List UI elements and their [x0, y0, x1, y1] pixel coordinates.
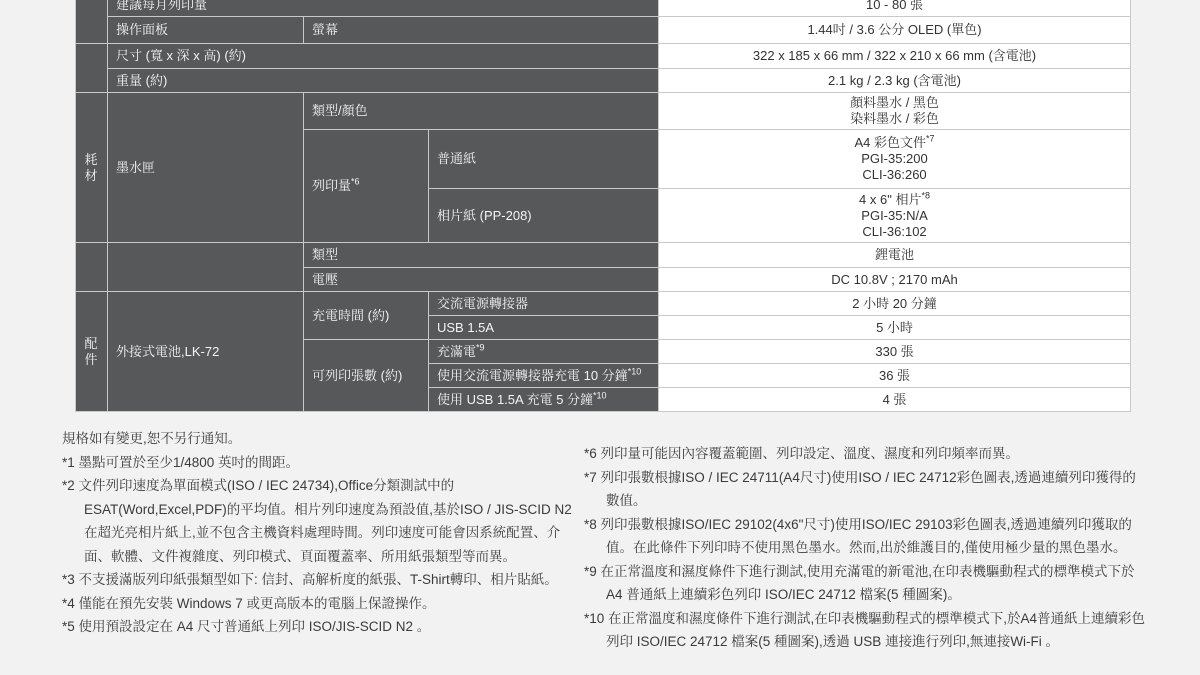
row-operation-panel: 操作面板 螢幕 1.44吋 / 3.6 公分 OLED (單色) [76, 17, 1131, 44]
footnote-ref-10b: *10 [593, 390, 607, 400]
group-label-consumables: 耗材 [76, 93, 108, 243]
photo-paper-size-line: 4 x 6" 相片*8 [667, 192, 1122, 208]
row-charge-time-ac: 配件 外接式電池,LK-72 充電時間 (約) 交流電源轉接器 2 小時 20 … [76, 292, 1131, 316]
label-ink-type-color: 類型/顏色 [304, 93, 659, 130]
label-external-battery: 外接式電池,LK-72 [108, 292, 304, 412]
group-label-accessories: 配件 [76, 292, 108, 412]
footnotes-right-column: *6 列印量可能因內容覆蓋範圍、列印設定、溫度、濕度和列印頻率而異。 *7 列印… [584, 442, 1146, 654]
printer-spec-table: 建議每月列印量 10 - 80 張 操作面板 螢幕 1.44吋 / 3.6 公分… [75, 0, 1131, 412]
label-dimensions: 尺寸 (寬 x 深 x 高) (約) [108, 44, 659, 69]
footnote-6: *6 列印量可能因內容覆蓋範圍、列印設定、溫度、濕度和列印頻率而異。 [584, 442, 1146, 466]
label-photo-paper: 相片紙 (PP-208) [429, 189, 659, 243]
label-battery-type: 類型 [304, 243, 659, 268]
label-usb-5min: 使用 USB 1.5A 充電 5 分鐘*10 [429, 388, 659, 412]
value-monthly-print-volume: 10 - 80 張 [659, 0, 1131, 17]
footnote-ref-8: *8 [921, 190, 930, 200]
row-ink-type-color: 耗材 墨水匣 類型/顏色 顏料墨水 / 黑色 染料墨水 / 彩色 [76, 93, 1131, 130]
label-printable-sheets: 可列印張數 (約) [304, 340, 429, 412]
value-full-charge: 330 張 [659, 340, 1131, 364]
footnote-4: *4 僅能在預先安裝 Windows 7 或更高版本的電腦上保證操作。 [62, 592, 583, 616]
label-ac-10min: 使用交流電源轉接器充電 10 分鐘*10 [429, 364, 659, 388]
label-full-charge: 充滿電*9 [429, 340, 659, 364]
value-screen: 1.44吋 / 3.6 公分 OLED (單色) [659, 17, 1131, 44]
row-battery-type: 類型 鋰電池 [76, 243, 1131, 268]
value-charge-time-usb: 5 小時 [659, 316, 1131, 340]
row-weight: 重量 (約) 2.1 kg / 2.3 kg (含電池) [76, 69, 1131, 93]
row-monthly-print-volume: 建議每月列印量 10 - 80 張 [76, 0, 1131, 17]
label-weight: 重量 (約) [108, 69, 659, 93]
label-operation-panel: 操作面板 [108, 17, 304, 44]
row-dimensions: 尺寸 (寬 x 深 x 高) (約) 322 x 185 x 66 mm / 3… [76, 44, 1131, 69]
label-monthly-print-volume: 建議每月列印量 [108, 0, 659, 17]
footnote-ref-10a: *10 [628, 366, 642, 376]
footnote-5: *5 使用預設設定在 A4 尺寸普通紙上列印 ISO/JIS-SCID N2 。 [62, 615, 583, 639]
label-ac-adapter: 交流電源轉接器 [429, 292, 659, 316]
footnote-1: *1 墨點可置於至少1/4800 英吋的間距。 [62, 451, 583, 475]
footnote-ref-6: *6 [351, 177, 360, 187]
footnote-3: *3 不支援滿版列印紙張類型如下: 信封、高解析度的紙張、T-Shirt轉印、相… [62, 568, 583, 592]
footnote-7: *7 列印張數根據ISO / IEC 24711(A4尺寸)使用ISO / IE… [584, 466, 1146, 513]
label-charge-time: 充電時間 (約) [304, 292, 429, 340]
value-battery-voltage: DC 10.8V ; 2170 mAh [659, 268, 1131, 292]
value-usb-5min: 4 張 [659, 388, 1131, 412]
label-yield: 列印量*6 [304, 130, 429, 243]
plain-paper-cli-line: CLI-36:260 [667, 167, 1122, 183]
value-yield-photo-paper: 4 x 6" 相片*8 PGI-35:N/A CLI-36:102 [659, 189, 1131, 243]
value-charge-time-ac: 2 小時 20 分鐘 [659, 292, 1131, 316]
photo-paper-pgi-line: PGI-35:N/A [667, 208, 1122, 224]
label-screen: 螢幕 [304, 17, 659, 44]
footnote-10: *10 在正常溫度和濕度條件下進行測試,在印表機驅動程式的標準模式下,於A4普通… [584, 607, 1146, 654]
spec-change-notice: 規格如有變更,恕不另行通知。 [62, 427, 583, 451]
ink-type-line-pigment: 顏料墨水 / 黑色 [667, 95, 1122, 111]
label-usb-charge: USB 1.5A [429, 316, 659, 340]
ink-type-line-dye: 染料墨水 / 彩色 [667, 111, 1122, 127]
label-plain-paper: 普通紙 [429, 130, 659, 189]
value-yield-plain-paper: A4 彩色文件*7 PGI-35:200 CLI-36:260 [659, 130, 1131, 189]
footnote-ref-7: *7 [926, 134, 935, 144]
cell-empty-battery [108, 243, 304, 292]
label-battery-voltage: 電壓 [304, 268, 659, 292]
footnote-ref-9: *9 [476, 342, 485, 352]
group-cell-empty-top [76, 0, 108, 44]
value-ink-type-color: 顏料墨水 / 黑色 染料墨水 / 彩色 [659, 93, 1131, 130]
value-battery-type: 鋰電池 [659, 243, 1131, 268]
plain-paper-doc-line: A4 彩色文件*7 [667, 135, 1122, 151]
value-weight: 2.1 kg / 2.3 kg (含電池) [659, 69, 1131, 93]
group-cell-empty-mid [76, 44, 108, 93]
footnote-9: *9 在正常溫度和濕度條件下進行測試,使用充滿電的新電池,在印表機驅動程式的標準… [584, 560, 1146, 607]
group-cell-empty-battery [76, 243, 108, 292]
footnotes-left-column: 規格如有變更,恕不另行通知。 *1 墨點可置於至少1/4800 英吋的間距。 *… [62, 427, 583, 639]
value-ac-10min: 36 張 [659, 364, 1131, 388]
footnote-2: *2 文件列印速度為單面模式(ISO / IEC 24734),Office分類… [62, 474, 583, 568]
value-dimensions: 322 x 185 x 66 mm / 322 x 210 x 66 mm (含… [659, 44, 1131, 69]
footnote-8: *8 列印張數根據ISO/IEC 29102(4x6"尺寸)使用ISO/IEC … [584, 513, 1146, 560]
label-ink-tank: 墨水匣 [108, 93, 304, 243]
plain-paper-pgi-line: PGI-35:200 [667, 151, 1122, 167]
photo-paper-cli-line: CLI-36:102 [667, 224, 1122, 240]
